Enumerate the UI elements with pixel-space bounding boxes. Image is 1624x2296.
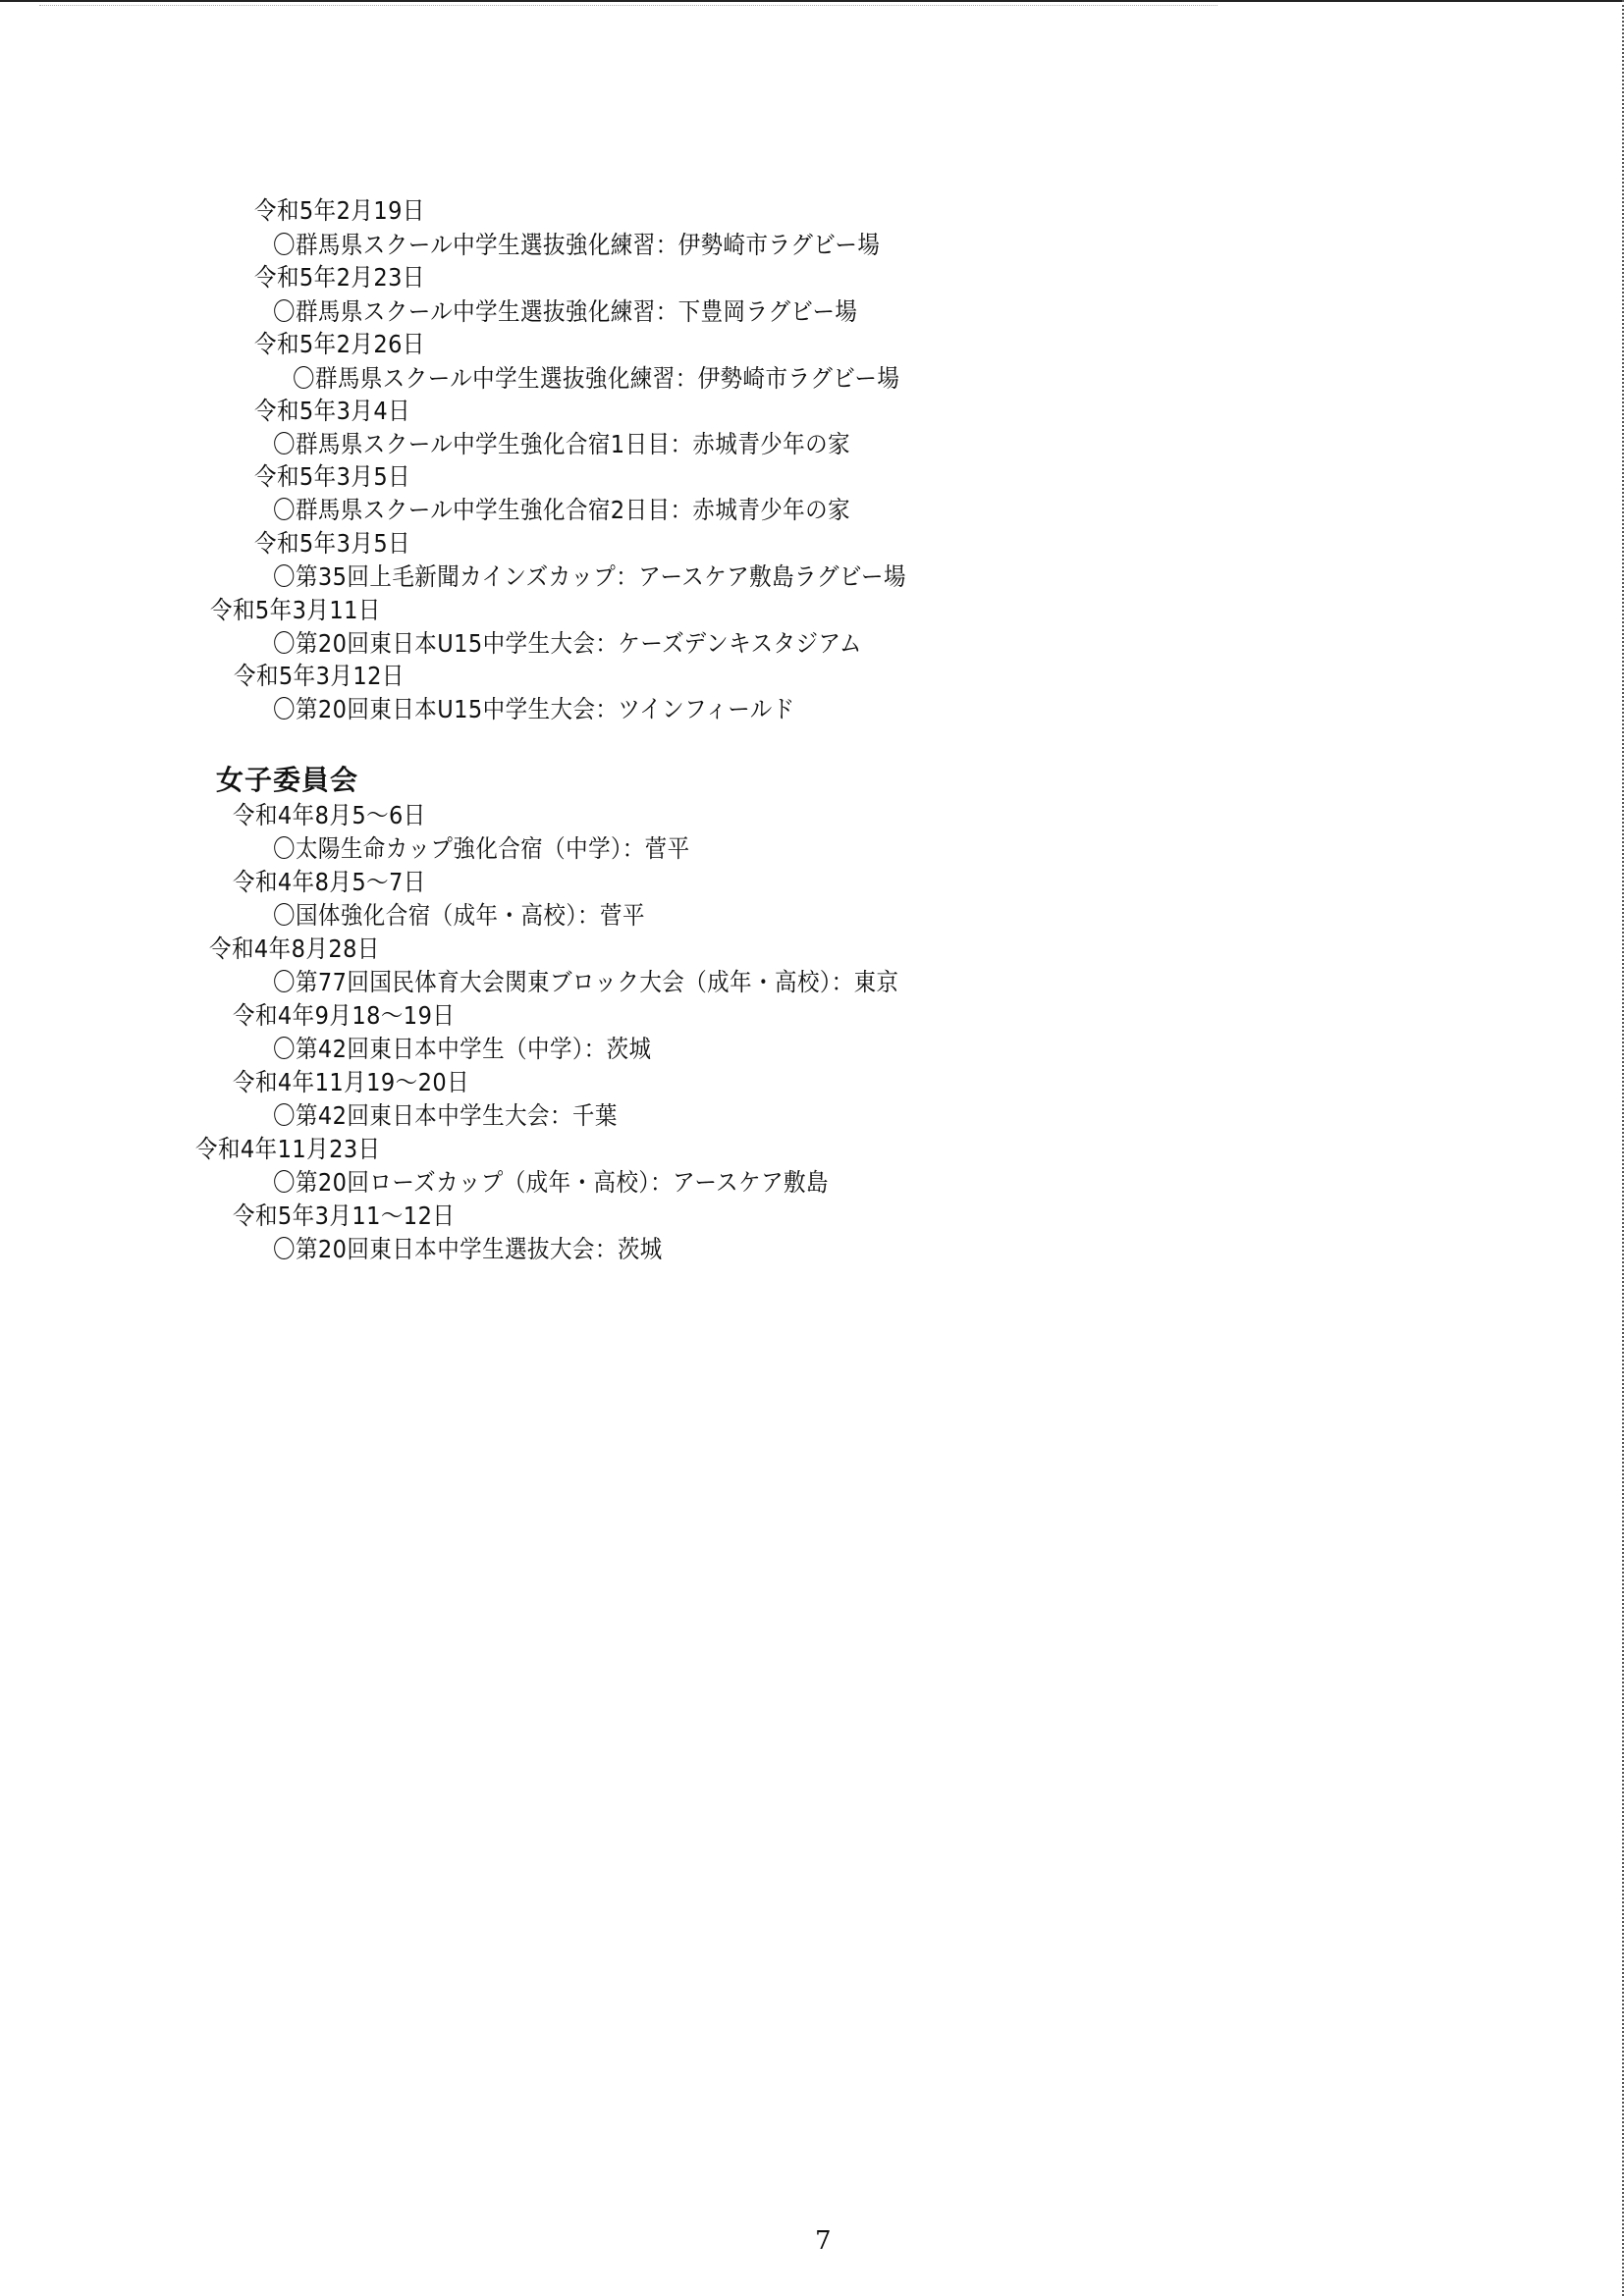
entry-event: 〇群馬県スクール中学生強化合宿2日目：赤城青少年の家	[273, 496, 850, 525]
entry-date: 令和4年11月23日	[195, 1135, 381, 1164]
entry-event: 〇群馬県スクール中学生選抜強化練習：下豊岡ラグビー場	[273, 297, 857, 327]
entry-date: 令和4年8月28日	[209, 934, 380, 964]
entry-event: 〇群馬県スクール中学生強化合宿1日目：赤城青少年の家	[273, 430, 850, 459]
entry-event: 〇第20回東日本中学生選抜大会：茨城	[273, 1235, 663, 1264]
entry-event: 〇太陽生命カップ強化合宿（中学）：菅平	[273, 834, 690, 864]
entry-date: 令和4年11月19〜20日	[233, 1068, 469, 1097]
entry-event: 〇第42回東日本中学生大会：千葉	[273, 1101, 618, 1131]
entry-event: 〇第20回東日本U15中学生大会：ケーズデンキスタジアム	[273, 629, 862, 659]
entry-event: 〇第77回国民体育大会関東ブロック大会（成年・高校）：東京	[273, 968, 898, 997]
entry-event: 〇第35回上毛新聞カインズカップ：アースケア敷島ラグビー場	[273, 562, 906, 592]
entry-event: 〇群馬県スクール中学生選抜強化練習：伊勢崎市ラグビー場	[273, 231, 880, 260]
document-page: 令和5年2月19日 〇群馬県スクール中学生選抜強化練習：伊勢崎市ラグビー場 令和…	[0, 0, 1624, 2296]
entry-event: 〇群馬県スクール中学生選抜強化練習：伊勢崎市ラグビー場	[293, 364, 899, 394]
section-title: 女子委員会	[216, 765, 358, 796]
entry-date: 令和4年8月5〜7日	[233, 868, 426, 897]
entry-date: 令和5年3月5日	[254, 529, 410, 559]
entry-date: 令和5年3月5日	[254, 462, 410, 492]
entry-date: 令和5年2月23日	[254, 263, 425, 293]
entry-event: 〇国体強化合宿（成年・高校）：菅平	[273, 901, 645, 931]
entry-date: 令和4年9月18〜19日	[233, 1001, 455, 1031]
entry-date: 令和5年3月12日	[234, 662, 405, 691]
page-number: 7	[815, 2226, 832, 2256]
entry-date: 令和5年3月11日	[210, 596, 381, 625]
entry-event: 〇第20回東日本U15中学生大会：ツインフィールド	[273, 695, 795, 724]
entry-date: 令和5年3月4日	[254, 397, 410, 426]
entry-date: 令和5年2月19日	[254, 196, 425, 226]
entry-date: 令和4年8月5〜6日	[233, 801, 426, 830]
entry-event: 〇第20回ローズカップ（成年・高校）：アースケア敷島	[273, 1168, 829, 1198]
entry-event: 〇第42回東日本中学生（中学）：茨城	[273, 1035, 651, 1064]
entry-date: 令和5年3月11〜12日	[233, 1201, 455, 1231]
entry-date: 令和5年2月26日	[254, 330, 425, 359]
